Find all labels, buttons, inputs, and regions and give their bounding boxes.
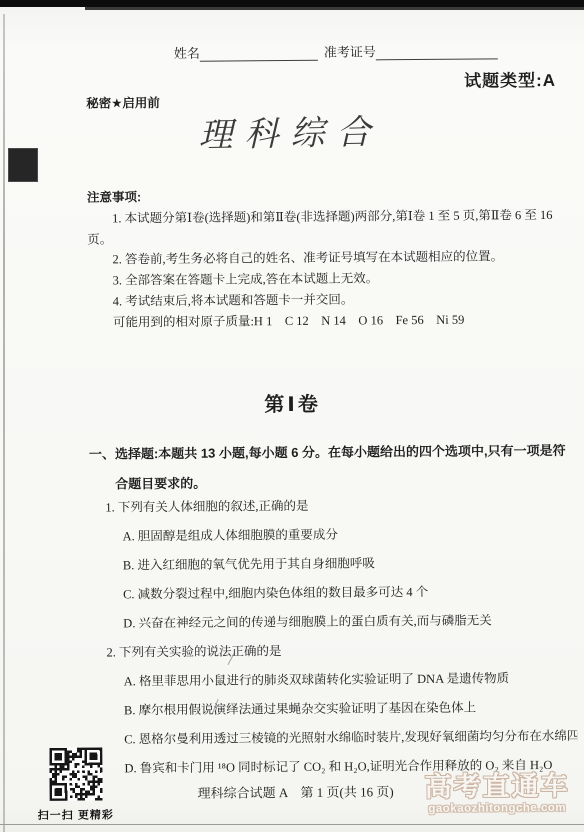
atomic-masses-line: 可能用到的相对原子质量:H 1 C 12 N 14 O 16 Fe 56 Ni … xyxy=(88,309,560,334)
question-2-stem: 2. 下列有关实验的说法正确的是 xyxy=(106,635,576,668)
paper-title: 理科综合 xyxy=(0,101,583,161)
name-blank-line xyxy=(200,47,318,62)
question-1-option-a: A. 胆固醇是组成人体细胞膜的重要成分 xyxy=(122,519,575,552)
question-1-option-d: D. 兴奋在神经元之间的传递与细胞膜上的蛋白质有关,而与磷脂无关 xyxy=(123,606,576,639)
question-2-option-c: C. 恩格尔曼利用透过三棱镜的光照射水绵临时装片,发现好氧细菌均匀分布在水绵四周 xyxy=(124,722,577,755)
watermark-domain: gaokaozhitongche.com xyxy=(425,802,570,816)
question-2-options: A. 格里菲思用小鼠进行的肺炎双球菌转化实验证明了 DNA 是遗传物质 B. 摩… xyxy=(107,664,578,784)
question-1-option-b: B. 进入红细胞的氧气优先用于其自身细胞呼吸 xyxy=(123,548,576,581)
watermark: 高考直通车 gaokaozhitongche.com xyxy=(424,772,569,815)
question-1-option-c: C. 减数分裂过程中,细胞内染色体组的数目最多可达 4 个 xyxy=(123,577,576,610)
question-1-options: A. 胆固醇是组成人体细胞膜的重要成分 B. 进入红细胞的氧气优先用于其自身细胞… xyxy=(105,519,576,639)
page-content: 姓名准考证号 试题类型:A 秘密★启用前 理科综合 注意事项: 1. 本试题分第… xyxy=(0,0,584,832)
question-2-option-a: A. 格里菲思用小鼠进行的肺炎双球菌转化实验证明了 DNA 是遗传物质 xyxy=(124,664,577,697)
name-label: 姓名 xyxy=(174,46,200,61)
questions-block: 1. 下列有关人体细胞的叙述,正确的是 A. 胆固醇是组成人体细胞膜的重要成分 … xyxy=(105,490,577,784)
notice-item: 1. 本试题分第Ⅰ卷(选择题)和第Ⅱ卷(非选择题)两部分,第Ⅰ卷 1 至 5 页… xyxy=(87,205,559,250)
exam-no-label: 准考证号 xyxy=(324,44,376,59)
exam-no-blank-line xyxy=(376,45,498,60)
notice-item: 2. 答卷前,考生务必将自己的姓名、准考证号填写在本试题相应的位置。 xyxy=(87,246,559,271)
question-1-stem: 1. 下列有关人体细胞的叙述,正确的是 xyxy=(105,490,575,523)
candidate-fields: 姓名准考证号 xyxy=(174,40,498,62)
question-2-option-b: B. 摩尔根用假说演绎法通过果蝇杂交实验证明了基因在染色体上 xyxy=(124,693,577,726)
watermark-brand: 高考直通车 xyxy=(424,772,569,803)
paper-type-label: 试题类型:A xyxy=(464,66,556,92)
qr-caption: 扫一扫 更精彩 xyxy=(37,806,115,823)
exam-paper-page: 姓名准考证号 试题类型:A 秘密★启用前 理科综合 注意事项: 1. 本试题分第… xyxy=(0,0,584,832)
notice-section: 注意事项: 1. 本试题分第Ⅰ卷(选择题)和第Ⅱ卷(非选择题)两部分,第Ⅰ卷 1… xyxy=(87,184,560,333)
volume-title: 第Ⅰ卷 xyxy=(0,386,584,420)
